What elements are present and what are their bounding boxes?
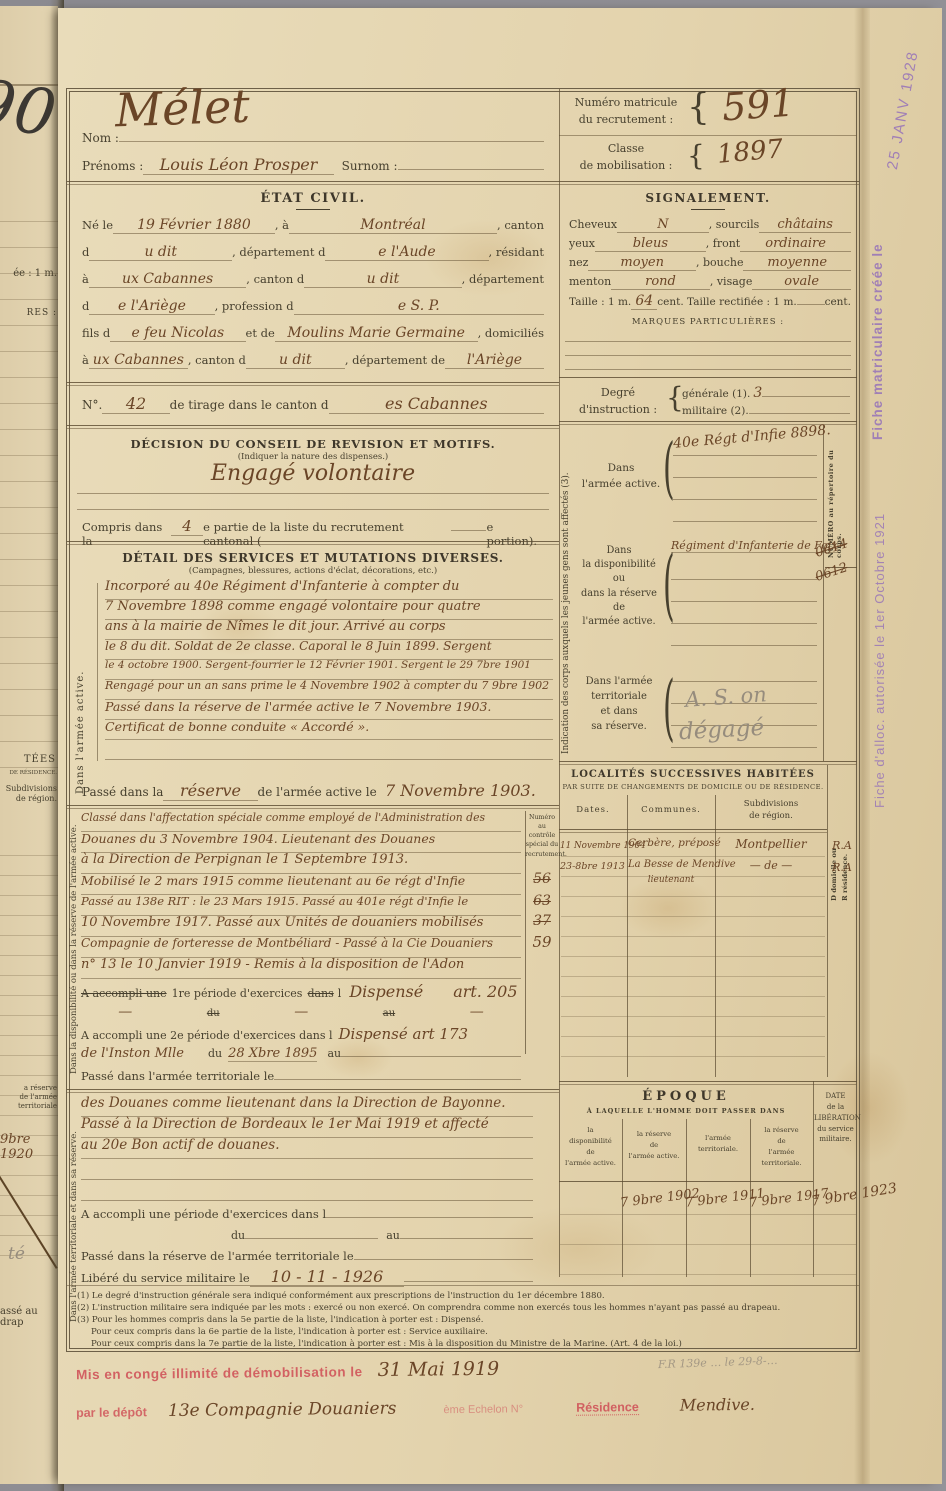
line [326, 1217, 533, 1218]
visage-label: , visage [710, 275, 752, 288]
surnom-line [398, 169, 544, 170]
nom-label: Nom : [82, 131, 119, 145]
pencil-annotation: F.R 139e … le 29-8-… [658, 1354, 778, 1371]
taille-label: Taille : 1 m. [569, 296, 631, 308]
rule [673, 477, 817, 478]
rule [559, 135, 857, 136]
rule [671, 579, 817, 580]
rule [67, 541, 559, 542]
table-ruled-body [561, 837, 825, 1075]
canton: u dit [246, 352, 345, 369]
territoriale-du-au-row: du au [81, 1229, 533, 1242]
nez-value: moyen [588, 255, 696, 271]
menton-label: menton [569, 275, 611, 288]
taille-value: 64 [631, 293, 657, 310]
label: , canton [497, 218, 544, 232]
dates-header: Dates. [561, 805, 625, 815]
line [341, 1056, 521, 1057]
footnote-1: (1) Le degré d'instruction générale sera… [77, 1291, 851, 1301]
affectation-speciale-note: A. S. on [684, 682, 767, 712]
label: 1re période d'exercices [172, 987, 303, 1000]
rule [673, 455, 817, 456]
territoriale-periode-row: A accompli une période d'exercices dans … [81, 1207, 533, 1221]
localite-row2-commune: La Besse de Mendive [628, 859, 714, 870]
surname-handwritten: Mélet [114, 79, 251, 138]
armee-active-label: Dans l'armée active. [579, 461, 663, 493]
periode2-row: A accompli une 2e période d'exercices da… [81, 1025, 521, 1043]
territoriale-side-label: Dans l'armée territoriale et dans sa rés… [69, 1107, 79, 1322]
residence: ux Cabannes [89, 271, 246, 288]
profession: e S. P. [294, 298, 544, 315]
rule [673, 521, 817, 522]
label: , domiciliés [478, 326, 544, 340]
label: d [82, 245, 89, 259]
liberation-date-header: DATE de la LIBÉRATION du service militai… [814, 1091, 857, 1145]
territoriale-line-2: Passé à la Direction de Bordeaux le 1er … [81, 1116, 533, 1138]
fiche-matricule-page: Fiche d'alloc. autorisée le 1er Octobre … [58, 8, 942, 1484]
rule [67, 1089, 559, 1090]
line [245, 1238, 378, 1239]
localite-row1-date: 11 Novembre 1904 [560, 841, 626, 851]
passe-reserve-territoriale-row: Passé dans la réserve de l'armée territo… [81, 1249, 533, 1263]
surnom-label: Surnom : [342, 159, 398, 173]
portion-line [451, 530, 487, 531]
controle-number-4: 59 [525, 933, 559, 951]
demobilisation-stamp-line1: Mis en congé illimité de démobilisation … [76, 1358, 499, 1384]
epoque-title: ÉPOQUE [559, 1089, 813, 1104]
localite-row2-commune-note: lieutenant [628, 875, 714, 885]
au-label: au [386, 1229, 400, 1242]
rule [77, 493, 549, 494]
bouche-label: , bouche [696, 256, 744, 269]
rule [565, 355, 851, 356]
services-line-4: le 8 du dit. Soldat de 2e classe. Capora… [105, 639, 553, 660]
dr-column-label: D domicile ou R résidence. [829, 771, 851, 901]
birth-date: 19 Février 1880 [113, 217, 275, 234]
label: à [82, 353, 89, 367]
etat-civil-row-1: Né le 19 Février 1880 , à Montréal , can… [82, 217, 544, 234]
rule [67, 808, 559, 809]
epoque-col2-header: la réserve de l'armée active. [623, 1129, 685, 1162]
rule [67, 184, 859, 185]
line [354, 1259, 533, 1260]
visage-value: ovale [752, 274, 851, 290]
footnote-2: (2) L'instruction militaire sera indiqué… [77, 1303, 851, 1313]
sourcils-value: châtains [759, 217, 851, 233]
demobilisation-stamp-line2: par le dépôt 13e Compagnie Douaniers ème… [76, 1394, 836, 1422]
canton: u dit [89, 244, 232, 261]
demobilisation-stamp-text: Mis en congé illimité de démobilisation … [76, 1364, 363, 1382]
matricule-brace: { [687, 87, 710, 128]
label: , à [275, 218, 289, 232]
etat-civil-title: ÉTAT CIVIL. [67, 191, 559, 206]
matriculaire-stamp-date: 25 JANV 1928 [884, 49, 922, 171]
rule [671, 601, 817, 602]
instruction-ref: de l'Inston Mlle [81, 1046, 184, 1061]
label: à [82, 272, 89, 286]
matriculaire-stamp: Fiche matriculaire créée le [870, 243, 885, 440]
title-underline [691, 209, 725, 210]
services-subtitle: (Campagnes, blessures, actions d'éclat, … [67, 566, 559, 576]
tirage-row: N°. 42 de tirage dans le canton d es Cab… [82, 394, 544, 414]
line [274, 1079, 521, 1080]
signalement-title: SIGNALEMENT. [559, 191, 857, 205]
struck-label: dans [307, 987, 333, 1000]
rule [81, 1200, 533, 1201]
prev-fragment-pencil: té [8, 1244, 25, 1264]
nom-line [119, 141, 544, 142]
dispense-article: art. 205 [453, 982, 517, 1001]
line [400, 1238, 533, 1239]
localite-row1-subdiv: Montpellier [717, 837, 825, 851]
controle-header: Numéro au contrôle spécial du recrutemen… [525, 813, 559, 859]
epoque-col1-header: la disponibilité de l'armée active. [560, 1125, 621, 1169]
classe-brace: { [687, 139, 705, 172]
classe-label: Classe de mobilisation : [567, 141, 685, 174]
disponibilite-line-6: 10 Novembre 1917. Passé aux Unités de do… [81, 915, 521, 937]
label: Passé dans l'armée territoriale le [81, 1069, 274, 1083]
disponibilite-line-2: Douanes du 3 Novembre 1904. Lieutenant d… [81, 831, 521, 853]
liberation-date: 10 - 11 - 1926 [250, 1267, 405, 1287]
label: l [338, 987, 342, 1000]
prenoms-value: Louis Léon Prosper [143, 155, 333, 175]
passe-territoriale-row: Passé dans l'armée territoriale le [81, 1069, 521, 1083]
rule [559, 832, 827, 833]
rule [67, 382, 559, 383]
label: A accompli une période d'exercices dans … [81, 1207, 326, 1221]
parents-residence: ux Cabannes [89, 352, 188, 369]
label: , canton d [188, 353, 246, 367]
label: , canton d [246, 272, 304, 286]
front-value: ordinaire [740, 236, 851, 252]
generale-label: générale (1). [682, 388, 750, 400]
yeux-label: yeux [569, 237, 595, 250]
nez-label: nez [569, 256, 588, 269]
degage-note: dégagé [678, 715, 764, 745]
corps-side-label: Indication des corps auxquels les jeunes… [561, 434, 571, 754]
dispense2-value: Dispensé art 173 [339, 1025, 469, 1043]
bouche-value: moyenne [743, 255, 851, 271]
birth-place: Montréal [289, 217, 497, 234]
instruction-label: Degré d'instruction : [572, 385, 664, 418]
rule [67, 425, 559, 426]
subdivisions-header: Subdivisions de région. [717, 799, 825, 823]
reserve-word: réserve [163, 781, 257, 801]
dash-mark: — [294, 1004, 308, 1020]
departement: e l'Ariège [89, 298, 214, 315]
taille-rectifiee-label: cent. Taille rectifiée : 1 m. [657, 296, 796, 308]
dash-mark: — [470, 1004, 484, 1020]
struck-label: A accompli une [81, 987, 167, 1000]
territoriale-line-1: des Douanes comme lieutenant dans la Dir… [81, 1095, 533, 1117]
rule [673, 499, 817, 500]
depot-stamp-text: par le dépôt [76, 1405, 147, 1420]
signalement-row-3: nez moyen , bouche moyenne [569, 255, 851, 271]
corps-brace-3: ( [663, 667, 675, 751]
cheveux-value: N [617, 217, 709, 233]
label: Né le [82, 218, 113, 232]
rule [67, 1092, 559, 1093]
cheveux-label: Cheveux [569, 218, 617, 231]
departement: e l'Aude [325, 244, 488, 261]
yeux-value: bleus [595, 236, 706, 252]
dash-mark: — [118, 1004, 132, 1020]
matricule-label: Numéro matricule du recrutement : [567, 95, 685, 128]
controle-number-1: 56 [525, 871, 559, 887]
rule [559, 377, 857, 378]
residence-stamp-text: Résidence [576, 1400, 639, 1416]
line [797, 304, 825, 305]
rule [67, 1285, 859, 1286]
classe-value: 1897 [716, 134, 785, 170]
title-underline [296, 209, 330, 210]
label: de l'armée active le [258, 785, 377, 799]
brace-line [97, 583, 98, 761]
localite-row1-commune: Cerbère, préposé [628, 837, 714, 849]
disponibilite-line-7: Compagnie de forteresse de Montbéliard -… [81, 936, 521, 958]
line [404, 1281, 533, 1282]
passe-reserve-row: Passé dans la réserve de l'armée active … [82, 781, 544, 801]
dispense-value: Dispensé [349, 982, 423, 1001]
matricule-value: 591 [721, 81, 796, 130]
tirage-number: 42 [102, 394, 169, 414]
rule [67, 544, 559, 545]
services-side-label: Dans l'armée active. [75, 594, 86, 794]
decision-value: Engagé volontaire [67, 461, 559, 486]
controle-number-2: 63 [525, 893, 559, 909]
etat-civil-row-2: d u dit , département d e l'Aude , résid… [82, 244, 544, 261]
footnote-4: Pour ceux compris dans la 6e partie de l… [91, 1327, 851, 1337]
disponibilite-line-1: Classé dans l'affectation spéciale comme… [81, 811, 521, 832]
rule [67, 181, 859, 182]
rule [559, 421, 857, 422]
label: , résidant [489, 245, 544, 259]
label: , département [462, 272, 544, 286]
services-line-5: le 4 octobre 1900. Sergent-fourrier le 1… [105, 659, 553, 680]
rule [671, 747, 817, 748]
father-name: e feu Nicolas [110, 325, 245, 342]
front-label: , front [706, 237, 740, 250]
rule [565, 369, 851, 370]
services-line-8: Certificat de bonne conduite « Accordé »… [105, 719, 553, 740]
form-border: Mélet Nom : Prénoms : Louis Léon Prosper… [66, 88, 860, 1352]
localite-row2-dr: R.A [827, 861, 857, 874]
dr-column-line [827, 765, 828, 1077]
rule [559, 764, 857, 765]
militaire-label: militaire (2). [682, 405, 749, 417]
decision-title: DÉCISION DU CONSEIL DE REVISION ET MOTIF… [67, 437, 559, 451]
residence-value: Mendive. [680, 1395, 755, 1415]
services-line-3: ans à la mairie de Nîmes le dit jour. Ar… [105, 619, 553, 640]
localites-title: LOCALITÉS SUCCESSIVES HABITÉES [559, 769, 827, 780]
au-label: au [327, 1047, 341, 1060]
rule [559, 829, 827, 830]
au-label: au [383, 1008, 395, 1019]
prenoms-label: Prénoms : [82, 159, 143, 173]
epoque-subtitle: À LAQUELLE L'HOMME DOIT PASSER DANS [559, 1107, 813, 1115]
label: Passé dans la [82, 785, 163, 799]
territoriale-line-3: au 20e Bon actif de douanes. [81, 1137, 533, 1159]
disponibilite-corps-label: Dans la disponibilité ou dans la réserve… [575, 544, 663, 629]
rule [565, 341, 851, 342]
label: A accompli une 2e période d'exercices da… [81, 1029, 333, 1042]
periode2-detail-row: de l'Inston Mlle du 28 Xbre 1895 au [81, 1046, 521, 1062]
label: , profession d [215, 299, 294, 313]
epoque-col4-header: la réserve de l'armée territoriale. [751, 1125, 812, 1169]
label: Libéré du service militaire le [81, 1271, 250, 1285]
localite-row1-dr: R.A [827, 839, 857, 852]
rule [81, 1179, 533, 1180]
demobilisation-date: 31 Mai 1919 [378, 1358, 500, 1381]
instruction-militaire-row: militaire (2). [682, 405, 850, 417]
footnote-3: (3) Pour les hommes compris dans la 5e p… [77, 1315, 851, 1325]
rule [67, 805, 559, 806]
label: fils d [82, 326, 110, 340]
line [749, 413, 850, 414]
rule [77, 509, 549, 510]
allocation-stamp: Fiche d'alloc. autorisée le 1er Octobre … [872, 513, 887, 808]
epoque-col3-header: l'armée territoriale. [687, 1133, 749, 1155]
disponibilite-line-3: à la Direction de Perpignan le 1 Septemb… [81, 852, 521, 874]
register-scan: 90 ée : 1 m. RES : TÉES DE RÉSIDENCE. Su… [0, 0, 946, 1491]
services-line-2: 7 Novembre 1898 comme engagé volontaire … [105, 599, 553, 620]
du-label: du [207, 1008, 220, 1019]
corps-num-2: 0612 [813, 560, 849, 584]
disponibilite-line-8: n° 13 le 10 Janvier 1919 - Remis à la di… [81, 957, 521, 979]
departement: l'Ariège [445, 352, 544, 369]
tirage-canton: es Cabannes [329, 394, 544, 414]
mother-name: Moulins Marie Germaine [275, 325, 478, 342]
footnote-5: Pour ceux compris dans la 7e partie de l… [91, 1339, 851, 1349]
dashes-row: — du — au — [81, 1004, 521, 1020]
label: , département de [345, 353, 445, 367]
disponibilite-line-5: Passé au 138e RIT : le 23 Mars 1915. Pas… [81, 894, 521, 916]
line [762, 396, 850, 397]
etat-civil-row-6: à ux Cabannes , canton d u dit , départe… [82, 352, 544, 369]
menton-value: rond [611, 274, 710, 290]
disponibilite-line-4: Mobilisé le 2 mars 1915 comme lieutenant… [81, 873, 521, 895]
signalement-row-1: Cheveux N , sourcils châtains [569, 217, 851, 233]
instruction-date: 28 Xbre 1895 [228, 1046, 317, 1062]
reserve-date: 7 Novembre 1903. [377, 781, 544, 800]
instruction-generale-row: générale (1). 3 [682, 385, 850, 401]
rule [671, 623, 817, 624]
periode1-row: A accompli une 1re période d'exercices d… [81, 982, 521, 1001]
du-label: du [231, 1229, 245, 1242]
rule [67, 428, 559, 429]
localites-subtitle: PAR SUITE DE CHANGEMENTS DE DOMICILE OU … [559, 783, 827, 791]
signalement-row-2: yeux bleus , front ordinaire [569, 236, 851, 252]
services-line-7: Passé dans la réserve de l'armée active … [105, 699, 553, 720]
rule [559, 1181, 813, 1182]
armee-active-value: 40e Régt d'Infie 8898. [673, 422, 832, 452]
signalement-row-5: Taille : 1 m. 64 cent. Taille rectifiée … [569, 293, 851, 310]
signalement-row-4: menton rond , visage ovale [569, 274, 851, 290]
etat-civil-row-4: d e l'Ariège , profession d e S. P. [82, 298, 544, 315]
corps-brace-2: ( [663, 541, 675, 632]
rule [67, 385, 559, 386]
etat-civil-row-3: à ux Cabannes , canton d u dit , départe… [82, 271, 544, 288]
echelon-stamp-text: ème Echelon N° [443, 1403, 523, 1416]
cent-label: cent. [825, 296, 851, 308]
prenoms-row: Prénoms : Louis Léon Prosper Surnom : [82, 155, 544, 175]
territoriale-corps-label: Dans l'armée territoriale et dans sa rés… [575, 674, 663, 734]
controle-number-3: 37 [525, 913, 559, 929]
du-label: du [208, 1047, 222, 1060]
nom-row: Nom : [82, 131, 544, 145]
rule [105, 759, 553, 760]
label: et de [246, 326, 275, 340]
sourcils-label: , sourcils [709, 218, 759, 231]
marques-label: MARQUES PARTICULIÈRES : [559, 317, 857, 327]
repertoire-column-line [823, 425, 824, 761]
disponibilite-side-label: Dans la disponibilité ou dans la réserve… [69, 819, 79, 1074]
localite-row2-date: 23-8bre 1913 [560, 861, 626, 872]
services-line-6: Rengagé pour un an sans prime le 4 Novem… [105, 679, 553, 700]
localite-row2-subdiv: — de — [717, 859, 825, 872]
communes-header: Communes. [629, 805, 713, 815]
label: , département d [232, 245, 325, 259]
rule [671, 681, 817, 682]
liste-partie-value: 4 [171, 517, 203, 536]
libere-row: Libéré du service militaire le 10 - 11 -… [81, 1267, 533, 1287]
services-title: DÉTAIL DES SERVICES ET MUTATIONS DIVERSE… [67, 551, 559, 565]
rule [671, 645, 817, 646]
numero-label: N°. [82, 398, 102, 412]
label: de tirage dans le canton d [170, 398, 329, 412]
rule [559, 761, 857, 762]
etat-civil-row-5: fils d e feu Nicolas et de Moulins Marie… [82, 325, 544, 342]
depot-value: 13e Compagnie Douaniers [168, 1399, 397, 1421]
label: d [82, 299, 89, 313]
canton: u dit [304, 271, 461, 288]
label: Passé dans la réserve de l'armée territo… [81, 1249, 354, 1263]
services-line-1: Incorporé au 40e Régiment d'Infanterie à… [105, 579, 553, 600]
generale-value: 3 [753, 385, 762, 401]
